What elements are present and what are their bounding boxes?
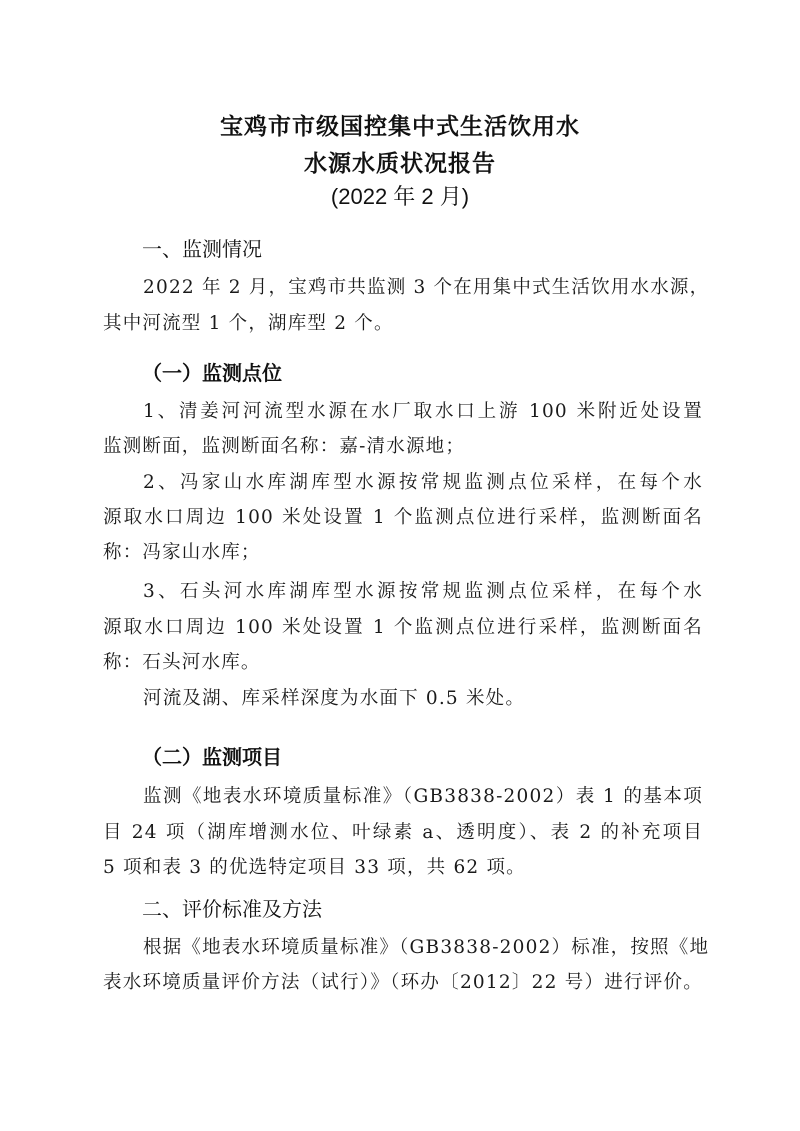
paragraph-line: 3、石头河水库湖库型水源按常规监测点位采样，在每个水 [143,577,703,603]
paragraph-line: 2、冯家山水库湖库型水源按常规监测点位采样，在每个水 [143,468,703,494]
paragraph-line: 根据《地表水环境质量标准》（GB3838-2002）标准，按照《地 [143,933,703,959]
paragraph-line: 1、清姜河河流型水源在水厂取水口上游 100 米附近处设置 [143,397,703,423]
report-title-line-2: 水源水质状况报告 [0,145,800,178]
paragraph-line: 监测《地表水环境质量标准》（GB3838-2002）表 1 的基本项 [143,782,703,808]
report-date: (2022 年 2 月) [0,180,800,211]
subsection-heading-items: （二）监测项目 [142,741,282,770]
paragraph-line: 监测断面，监测断面名称：嘉-清水源地； [103,432,703,458]
paragraph-line: 5 项和表 3 的优选特定项目 33 项，共 62 项。 [103,853,703,879]
paragraph-line: 源取水口周边 100 米处设置 1 个监测点位进行采样，监测断面名 [103,613,703,639]
paragraph-line: 目 24 项（湖库增测水位、叶绿素 a、透明度）、表 2 的补充项目 [103,818,703,844]
section-heading-monitoring: 一、监测情况 [142,233,262,262]
subsection-heading-points: （一）监测点位 [142,357,282,386]
paragraph-line: 称：石头河水库。 [103,648,703,674]
paragraph-line: 河流及湖、库采样深度为水面下 0.5 米处。 [143,684,703,710]
paragraph-line: 称：冯家山水库； [103,538,703,564]
document-page: 宝鸡市市级国控集中式生活饮用水 水源水质状况报告 (2022 年 2 月) 一、… [0,0,800,1131]
paragraph-line: 表水环境质量评价方法（试行）》（环办〔2012〕22 号）进行评价。 [103,968,703,994]
paragraph-line: 2022 年 2 月，宝鸡市共监测 3 个在用集中式生活饮用水水源， [143,273,703,299]
paragraph-line: 源取水口周边 100 米处设置 1 个监测点位进行采样，监测断面名 [103,503,703,529]
paragraph-line: 其中河流型 1 个，湖库型 2 个。 [103,309,703,335]
report-title-line-1: 宝鸡市市级国控集中式生活饮用水 [0,108,800,141]
section-heading-standards: 二、评价标准及方法 [142,893,322,922]
